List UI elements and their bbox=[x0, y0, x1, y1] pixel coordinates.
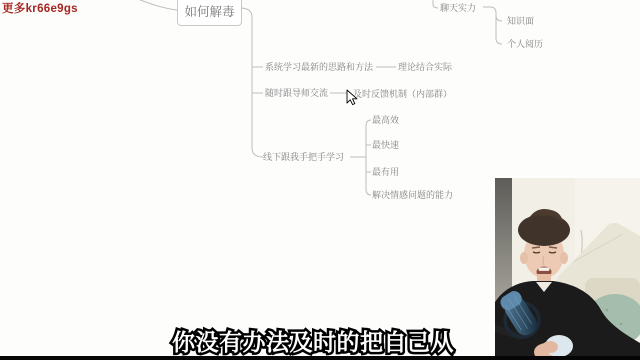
letterbox-bottom bbox=[0, 356, 640, 360]
person-brow-right bbox=[549, 247, 557, 248]
video-frame: 更多kr66e9gs 如何解毒 系统学习最新的思路和方法 理论结合实际 随时跟导… bbox=[0, 0, 640, 360]
person-brow-left bbox=[532, 247, 540, 248]
person-teeth bbox=[539, 268, 550, 271]
subtitle-text: 你没有办法及时的把自己从 bbox=[0, 324, 626, 357]
person-ear-left bbox=[520, 252, 528, 264]
pillow-speckle bbox=[606, 309, 609, 312]
person-hair bbox=[518, 214, 570, 246]
person-ear-right bbox=[560, 252, 568, 264]
